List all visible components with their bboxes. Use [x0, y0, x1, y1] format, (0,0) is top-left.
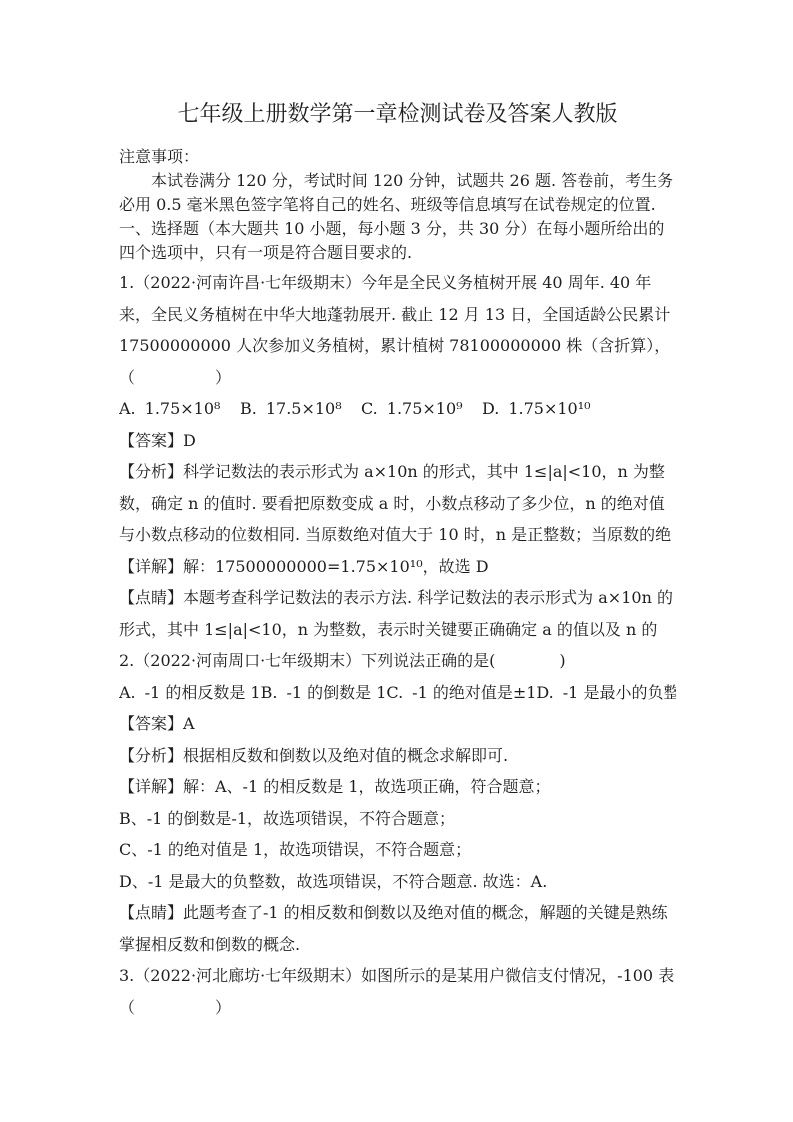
question-2-option-d: D.-1 是最小的负整数 [536, 677, 676, 709]
question-1-option-a: A.1.75×10⁸ [119, 393, 240, 425]
question-1-analysis: 【分析】科学记数法的表示形式为 a×10n 的形式，其中 1≤|a|<10，n … [119, 456, 676, 551]
option-d-label: D. [536, 683, 553, 702]
question-2-solution-line-3: C、-1 的绝对值是 1，故选项错误，不符合题意； [119, 834, 676, 866]
option-c-label: C. [361, 399, 378, 418]
question-1-solution: 【详解】解：17500000000=1.75×10¹⁰，故选 D [119, 551, 676, 583]
question-2-option-b: B.-1 的倒数是 1 [261, 677, 387, 709]
question-1-answer-blank: （ ） [119, 362, 676, 394]
question-1-option-b: B.17.5×10⁸ [240, 393, 361, 425]
question-2-solution-line-4: D、-1 是最大的负整数，故选项错误，不符合题意. 故选：A. [119, 866, 676, 898]
question-2-solution-line-1: 【详解】解：A、-1 的相反数是 1，故选项正确，符合题意； [119, 771, 676, 803]
notice-label: 注意事项： [119, 144, 676, 169]
option-b-label: B. [261, 683, 278, 702]
question-2-remark: 【点睛】此题考查了-1 的相反数和倒数以及绝对值的概念，解题的关键是熟练掌握相反… [119, 897, 676, 960]
option-a-text: -1 的相反数是 1 [145, 683, 261, 702]
section-heading: 一、选择题（本大题共 10 小题，每小题 3 分，共 30 分）在每小题所给出的… [119, 217, 676, 267]
question-1-answer: 【答案】D [119, 425, 676, 457]
document-page: 七年级上册数学第一章检测试卷及答案人教版 注意事项： 本试卷满分 120 分，考… [0, 0, 793, 1122]
option-c-value: 1.75×10⁹ [387, 399, 463, 418]
question-2-answer: 【答案】A [119, 708, 676, 740]
question-2-options: A.-1 的相反数是 1 B.-1 的倒数是 1 C.-1 的绝对值是±1 D.… [119, 677, 676, 709]
option-a-label: A. [119, 683, 136, 702]
question-2-option-a: A.-1 的相反数是 1 [119, 677, 261, 709]
question-1-option-c: C.1.75×10⁹ [361, 393, 482, 425]
question-2-option-c: C.-1 的绝对值是±1 [386, 677, 536, 709]
option-b-value: 17.5×10⁸ [266, 399, 342, 418]
option-c-text: -1 的绝对值是±1 [412, 683, 536, 702]
option-d-text: -1 是最小的负整数 [563, 683, 676, 702]
question-1-options: A.1.75×10⁸ B.17.5×10⁸ C.1.75×10⁹ D.1.75×… [119, 393, 676, 425]
option-a-value: 1.75×10⁸ [145, 399, 221, 418]
question-2-analysis: 【分析】根据相反数和倒数以及绝对值的概念求解即可. [119, 740, 676, 772]
option-d-value: 1.75×10¹⁰ [508, 399, 590, 418]
notice-body: 本试卷满分 120 分，考试时间 120 分钟，试题共 26 题. 答卷前，考生… [119, 169, 676, 217]
question-2-solution-line-2: B、-1 的倒数是-1，故选项错误，不符合题意； [119, 803, 676, 835]
option-b-text: -1 的倒数是 1 [286, 683, 386, 702]
option-c-label: C. [386, 683, 403, 702]
question-1-option-d: D.1.75×10¹⁰ [482, 393, 591, 425]
question-1-stem: 1.（2022·河南许昌·七年级期末）今年是全民义务植树开展 40 周年. 40… [119, 267, 676, 362]
question-3-answer-blank: （ ） [119, 992, 676, 1024]
question-1-remark: 【点睛】本题考查科学记数法的表示方法. 科学记数法的表示形式为 a×10n 的形… [119, 582, 676, 645]
option-b-label: B. [240, 399, 257, 418]
option-d-label: D. [482, 399, 499, 418]
option-a-label: A. [119, 399, 136, 418]
question-2-stem: 2.（2022·河南周口·七年级期末）下列说法正确的是( ) [119, 645, 676, 677]
document-title: 七年级上册数学第一章检测试卷及答案人教版 [119, 98, 676, 132]
question-3-stem: 3.（2022·河北廊坊·七年级期末）如图所示的是某用户微信支付情况，-100 … [119, 960, 676, 992]
